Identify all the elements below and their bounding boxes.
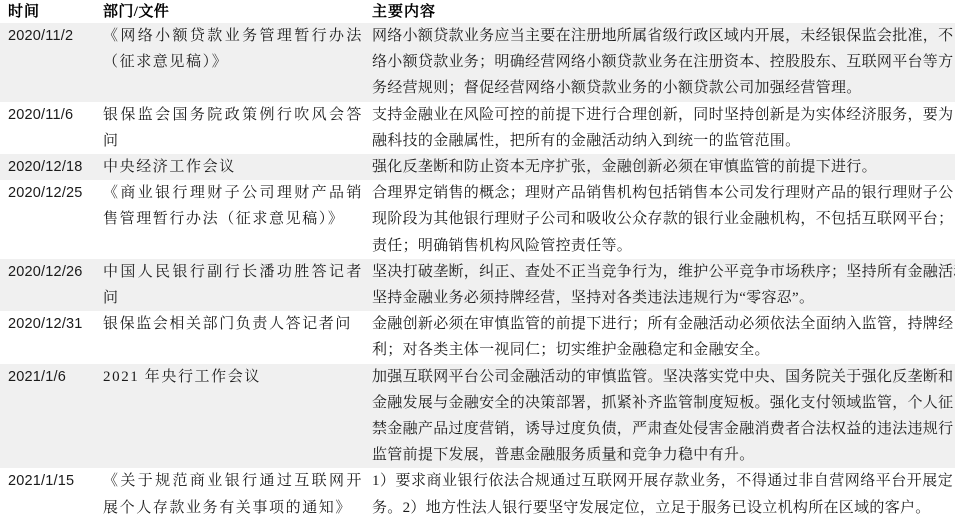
text-line-content: 责任；明确销售机构风险管控责任等。 [372,233,953,259]
table-header-row: 时间 部门/文件 主要内容 [0,0,955,23]
text-line-content: 络小额贷款业务；明确经营网络小额贷款业务在注册资本、控股股东、互联网平台等方 [372,49,953,75]
row-date: 2020/12/26 [0,259,103,311]
row-date: 2020/11/6 [0,102,103,154]
table-row: 2021/1/62021 年央行工作会议加强互联网平台公司金融活动的审慎监管。坚… [0,364,955,469]
row-date: 2021/1/6 [0,364,103,469]
row-department: 银保监会国务院政策例行吹风会答问 [103,102,372,154]
text-line-content: 现阶段为其他银行理财子公司和吸收公众存款的银行业金融机构，不包括互联网平台； [372,206,953,232]
text-line-content: 金融创新必须在审慎监管的前提下进行；所有金融活动必须依法全面纳入监管，持牌经 [372,311,953,337]
column-header-time: 时间 [0,2,103,23]
text-line-content: 1）要求商业银行依法合规通过互联网开展存款业务，不得通过非自营网络平台开展定 [372,468,953,494]
row-department: 《关于规范商业银行通过互联网开展个人存款业务有关事项的通知》 [103,468,372,520]
row-main-content: 金融创新必须在审慎监管的前提下进行；所有金融活动必须依法全面纳入监管，持牌经利；… [372,311,955,363]
text-line-department: 《关于规范商业银行通过互联网开 [103,468,363,494]
row-main-content: 支持金融业在风险可控的前提下进行合理创新，同时坚持创新是为实体经济服务，要为融科… [372,102,955,154]
text-line-content: 融科技的金融属性，把所有的金融活动纳入到统一的监管范围。 [372,128,953,154]
row-date: 2021/1/15 [0,468,103,520]
row-main-content: 强化反垄断和防止资本无序扩张，金融创新必须在审慎监管的前提下进行。 [372,154,955,180]
row-main-content: 1）要求商业银行依法合规通过互联网开展存款业务，不得通过非自营网络平台开展定务。… [372,468,955,520]
row-department: 2021 年央行工作会议 [103,364,372,469]
text-line-department: 售管理暂行办法（征求意见稿）》 [103,206,363,232]
text-line-department: 2021 年央行工作会议 [103,364,363,390]
date-text: 2020/12/25 [8,180,103,206]
policy-table: 时间 部门/文件 主要内容 2020/11/2《网络小额贷款业务管理暂行办法（征… [0,0,955,521]
text-line-content: 禁金融产品过度营销，诱导过度负债，严肃查处侵害金融消费者合法权益的违法违规行 [372,416,953,442]
date-text: 2020/11/2 [8,23,103,49]
row-main-content: 坚决打破垄断，纠正、查处不正当竞争行为，维护公平竞争市场秩序；坚持所有金融活动坚… [372,259,955,311]
column-header-department: 部门/文件 [103,2,372,23]
date-text: 2020/12/26 [8,259,103,285]
text-line-department: 问 [103,128,363,154]
row-main-content: 合理界定销售的概念；理财产品销售机构包括销售本公司发行理财产品的银行理财子公现阶… [372,180,955,259]
text-line-content: 坚持金融业务必须持牌经营，坚持对各类违法违规行为“零容忍”。 [372,285,953,311]
date-text: 2020/12/31 [8,311,103,337]
text-line-content: 务经营规则；督促经营网络小额贷款业务的小额贷款公司加强经营管理。 [372,75,953,101]
text-line-content: 利；对各类主体一视同仁；切实维护金融稳定和金融安全。 [372,337,953,363]
table-row: 2020/12/31银保监会相关部门负责人答记者问金融创新必须在审慎监管的前提下… [0,311,955,363]
row-date: 2020/12/25 [0,180,103,259]
text-line-content: 加强互联网平台公司金融活动的审慎监管。坚决落实党中央、国务院关于强化反垄断和 [372,364,953,390]
text-line-content: 合理界定销售的概念；理财产品销售机构包括销售本公司发行理财产品的银行理财子公 [372,180,953,206]
text-line-content: 强化反垄断和防止资本无序扩张，金融创新必须在审慎监管的前提下进行。 [372,154,953,180]
text-line-department: 银保监会相关部门负责人答记者问 [103,311,363,337]
text-line-department: 《商业银行理财子公司理财产品销 [103,180,363,206]
table-row: 2020/12/26中国人民银行副行长潘功胜答记者问坚决打破垄断，纠正、查处不正… [0,259,955,311]
date-text: 2021/1/15 [8,468,103,494]
text-line-content: 金融发展与金融安全的决策部署，抓紧补齐监管制度短板。强化支付领域监管，个人征 [372,390,953,416]
row-date: 2020/12/18 [0,154,103,180]
row-date: 2020/12/31 [0,311,103,363]
date-text: 2020/12/18 [8,154,103,180]
table-row: 2021/1/15《关于规范商业银行通过互联网开展个人存款业务有关事项的通知》1… [0,468,955,520]
text-line-department: 问 [103,285,363,311]
row-main-content: 加强互联网平台公司金融活动的审慎监管。坚决落实党中央、国务院关于强化反垄断和金融… [372,364,955,469]
text-line-department: 中央经济工作会议 [103,154,363,180]
table-row: 2020/12/25《商业银行理财子公司理财产品销售管理暂行办法（征求意见稿）》… [0,180,955,259]
column-header-content: 主要内容 [372,2,955,23]
text-line-content: 坚决打破垄断，纠正、查处不正当竞争行为，维护公平竞争市场秩序；坚持所有金融活动 [372,259,953,285]
text-line-content: 监管前提下发展，普惠金融服务质量和竞争力稳中有升。 [372,442,953,468]
text-line-content: 支持金融业在风险可控的前提下进行合理创新，同时坚持创新是为实体经济服务，要为 [372,102,953,128]
row-department: 《网络小额贷款业务管理暂行办法（征求意见稿）》 [103,23,372,102]
text-line-department: 《网络小额贷款业务管理暂行办法 [103,23,363,49]
row-department: 银保监会相关部门负责人答记者问 [103,311,372,363]
table-row: 2020/11/2《网络小额贷款业务管理暂行办法（征求意见稿）》网络小额贷款业务… [0,23,955,102]
text-line-department: 银保监会国务院政策例行吹风会答 [103,102,363,128]
text-line-department: 展个人存款业务有关事项的通知》 [103,495,363,521]
row-department: 中央经济工作会议 [103,154,372,180]
row-main-content: 网络小额贷款业务应当主要在注册地所属省级行政区域内开展，未经银保监会批准，不络小… [372,23,955,102]
text-line-content: 网络小额贷款业务应当主要在注册地所属省级行政区域内开展，未经银保监会批准，不 [372,23,953,49]
text-line-department: （征求意见稿）》 [103,49,363,75]
table-row: 2020/12/18中央经济工作会议强化反垄断和防止资本无序扩张，金融创新必须在… [0,154,955,180]
row-department: 《商业银行理财子公司理财产品销售管理暂行办法（征求意见稿）》 [103,180,372,259]
table-body: 2020/11/2《网络小额贷款业务管理暂行办法（征求意见稿）》网络小额贷款业务… [0,23,955,521]
row-department: 中国人民银行副行长潘功胜答记者问 [103,259,372,311]
text-line-department: 中国人民银行副行长潘功胜答记者 [103,259,363,285]
text-line-content: 务。2）地方性法人银行要坚守发展定位，立足于服务已设立机构所在区域的客户。 [372,495,953,521]
date-text: 2020/11/6 [8,102,103,128]
date-text: 2021/1/6 [8,364,103,390]
table-row: 2020/11/6银保监会国务院政策例行吹风会答问支持金融业在风险可控的前提下进… [0,102,955,154]
row-date: 2020/11/2 [0,23,103,102]
